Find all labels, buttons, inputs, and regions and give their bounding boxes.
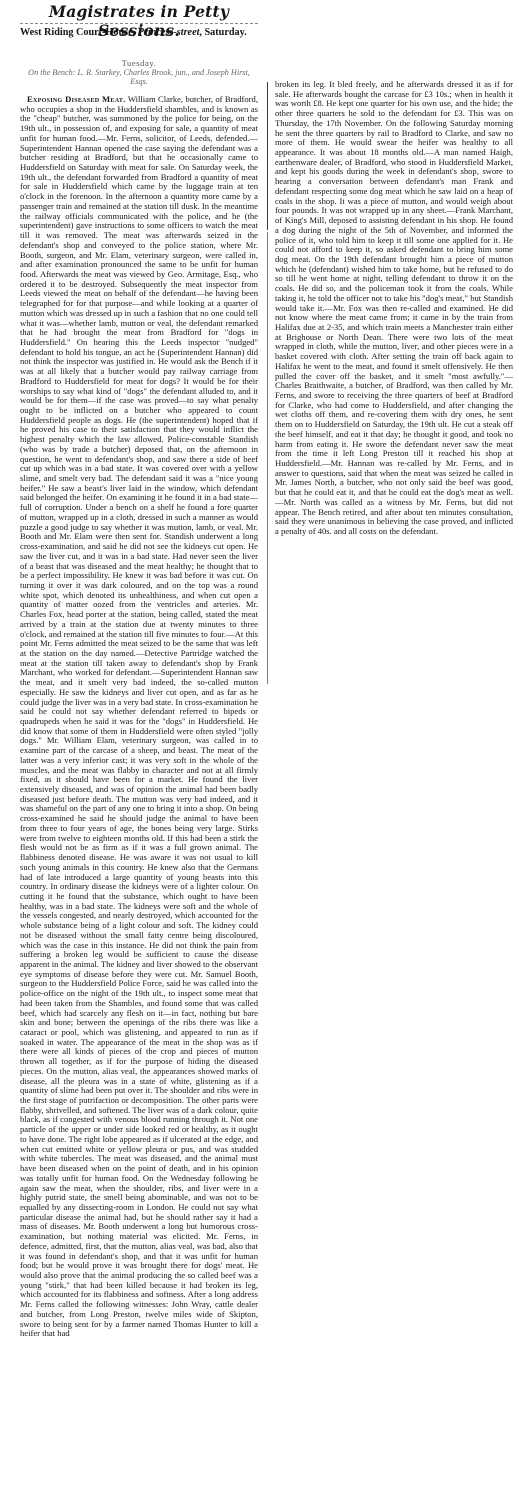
court-day: , Saturday.	[199, 27, 246, 38]
session-bench: On the Bench: L. R. Starkey, Charles Bro…	[20, 68, 258, 86]
article-body-left: Exposing Diseased Meat. William Clarke, …	[20, 95, 258, 1339]
court-location-line: West Riding Court-House, Princess-street…	[20, 27, 258, 38]
article-headline: Exposing Diseased Meat.	[27, 94, 126, 104]
court-street: Princess-street	[138, 27, 200, 38]
column-divider-lower	[267, 232, 268, 684]
left-column: Magistrates in Petty Sessions. West Ridi…	[20, 0, 258, 1339]
newspaper-clipping: Magistrates in Petty Sessions. West Ridi…	[0, 0, 519, 1500]
column-divider	[267, 82, 268, 230]
article-text-right: broken its leg. It bled freely, and he a…	[275, 80, 513, 537]
right-column: broken its leg. It bled freely, and he a…	[275, 80, 513, 537]
masthead-title: Magistrates in Petty Sessions.	[20, 2, 258, 20]
court-name: West Riding Court-House,	[20, 27, 138, 38]
session-day: Tuesday.	[20, 58, 258, 68]
article-text-left: William Clarke, butcher, of Bradford, wh…	[20, 94, 258, 1338]
